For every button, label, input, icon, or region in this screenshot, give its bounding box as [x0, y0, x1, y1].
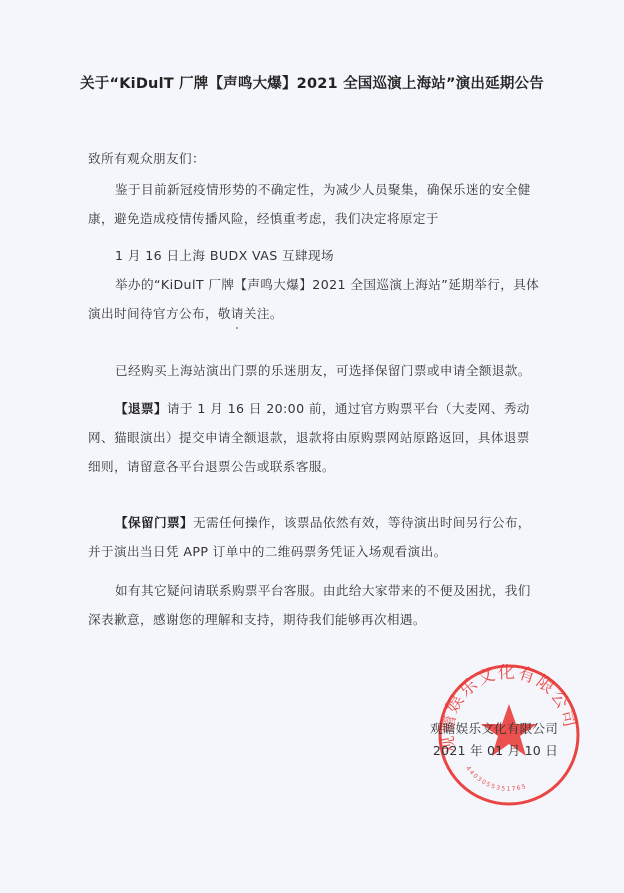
svg-text:4403055351765: 4403055351765	[464, 765, 528, 793]
greeting: 致所有观众朋友们：	[88, 144, 540, 173]
refund-tag: 【退票】	[115, 401, 167, 416]
scan-speck	[236, 327, 238, 329]
signature-company: 观瞻娱乐文化有限公司	[0, 718, 558, 737]
document-title: 关于“KiDulT 厂牌【声鸣大爆】2021 全国巡演上海站”演出延期公告	[0, 72, 624, 93]
paragraph-reason: 鉴于目前新冠疫情形势的不确定性，为减少人员聚集，确保乐迷的安全健康，避免造成疫情…	[88, 175, 540, 233]
keep-tag: 【保留门票】	[115, 515, 193, 530]
paragraph-venue: 1 月 16 日上海 BUDX VAS 互肆现场	[88, 241, 540, 270]
signature-date: 2021 年 01 月 10 日	[0, 740, 558, 759]
paragraph-closing: 如有其它疑问请联系购票平台客服。由此给大家带来的不便及困扰，我们深表歉意，感谢您…	[88, 576, 540, 634]
paragraph-refund: 【退票】请于 1 月 16 日 20:00 前，通过官方购票平台（大麦网、秀动网…	[88, 394, 540, 481]
paragraph-postponed: 举办的“KiDulT 厂牌【声鸣大爆】2021 全国巡演上海站”延期举行，具体演…	[88, 270, 540, 328]
paragraph-ticket-options: 已经购买上海站演出门票的乐迷朋友，可选择保留门票或申请全额退款。	[88, 356, 540, 385]
announcement-page: 关于“KiDulT 厂牌【声鸣大爆】2021 全国巡演上海站”演出延期公告 致所…	[0, 0, 624, 893]
paragraph-keep-ticket: 【保留门票】无需任何操作，该票品依然有效，等待演出时间另行公布，并于演出当日凭 …	[88, 508, 540, 566]
